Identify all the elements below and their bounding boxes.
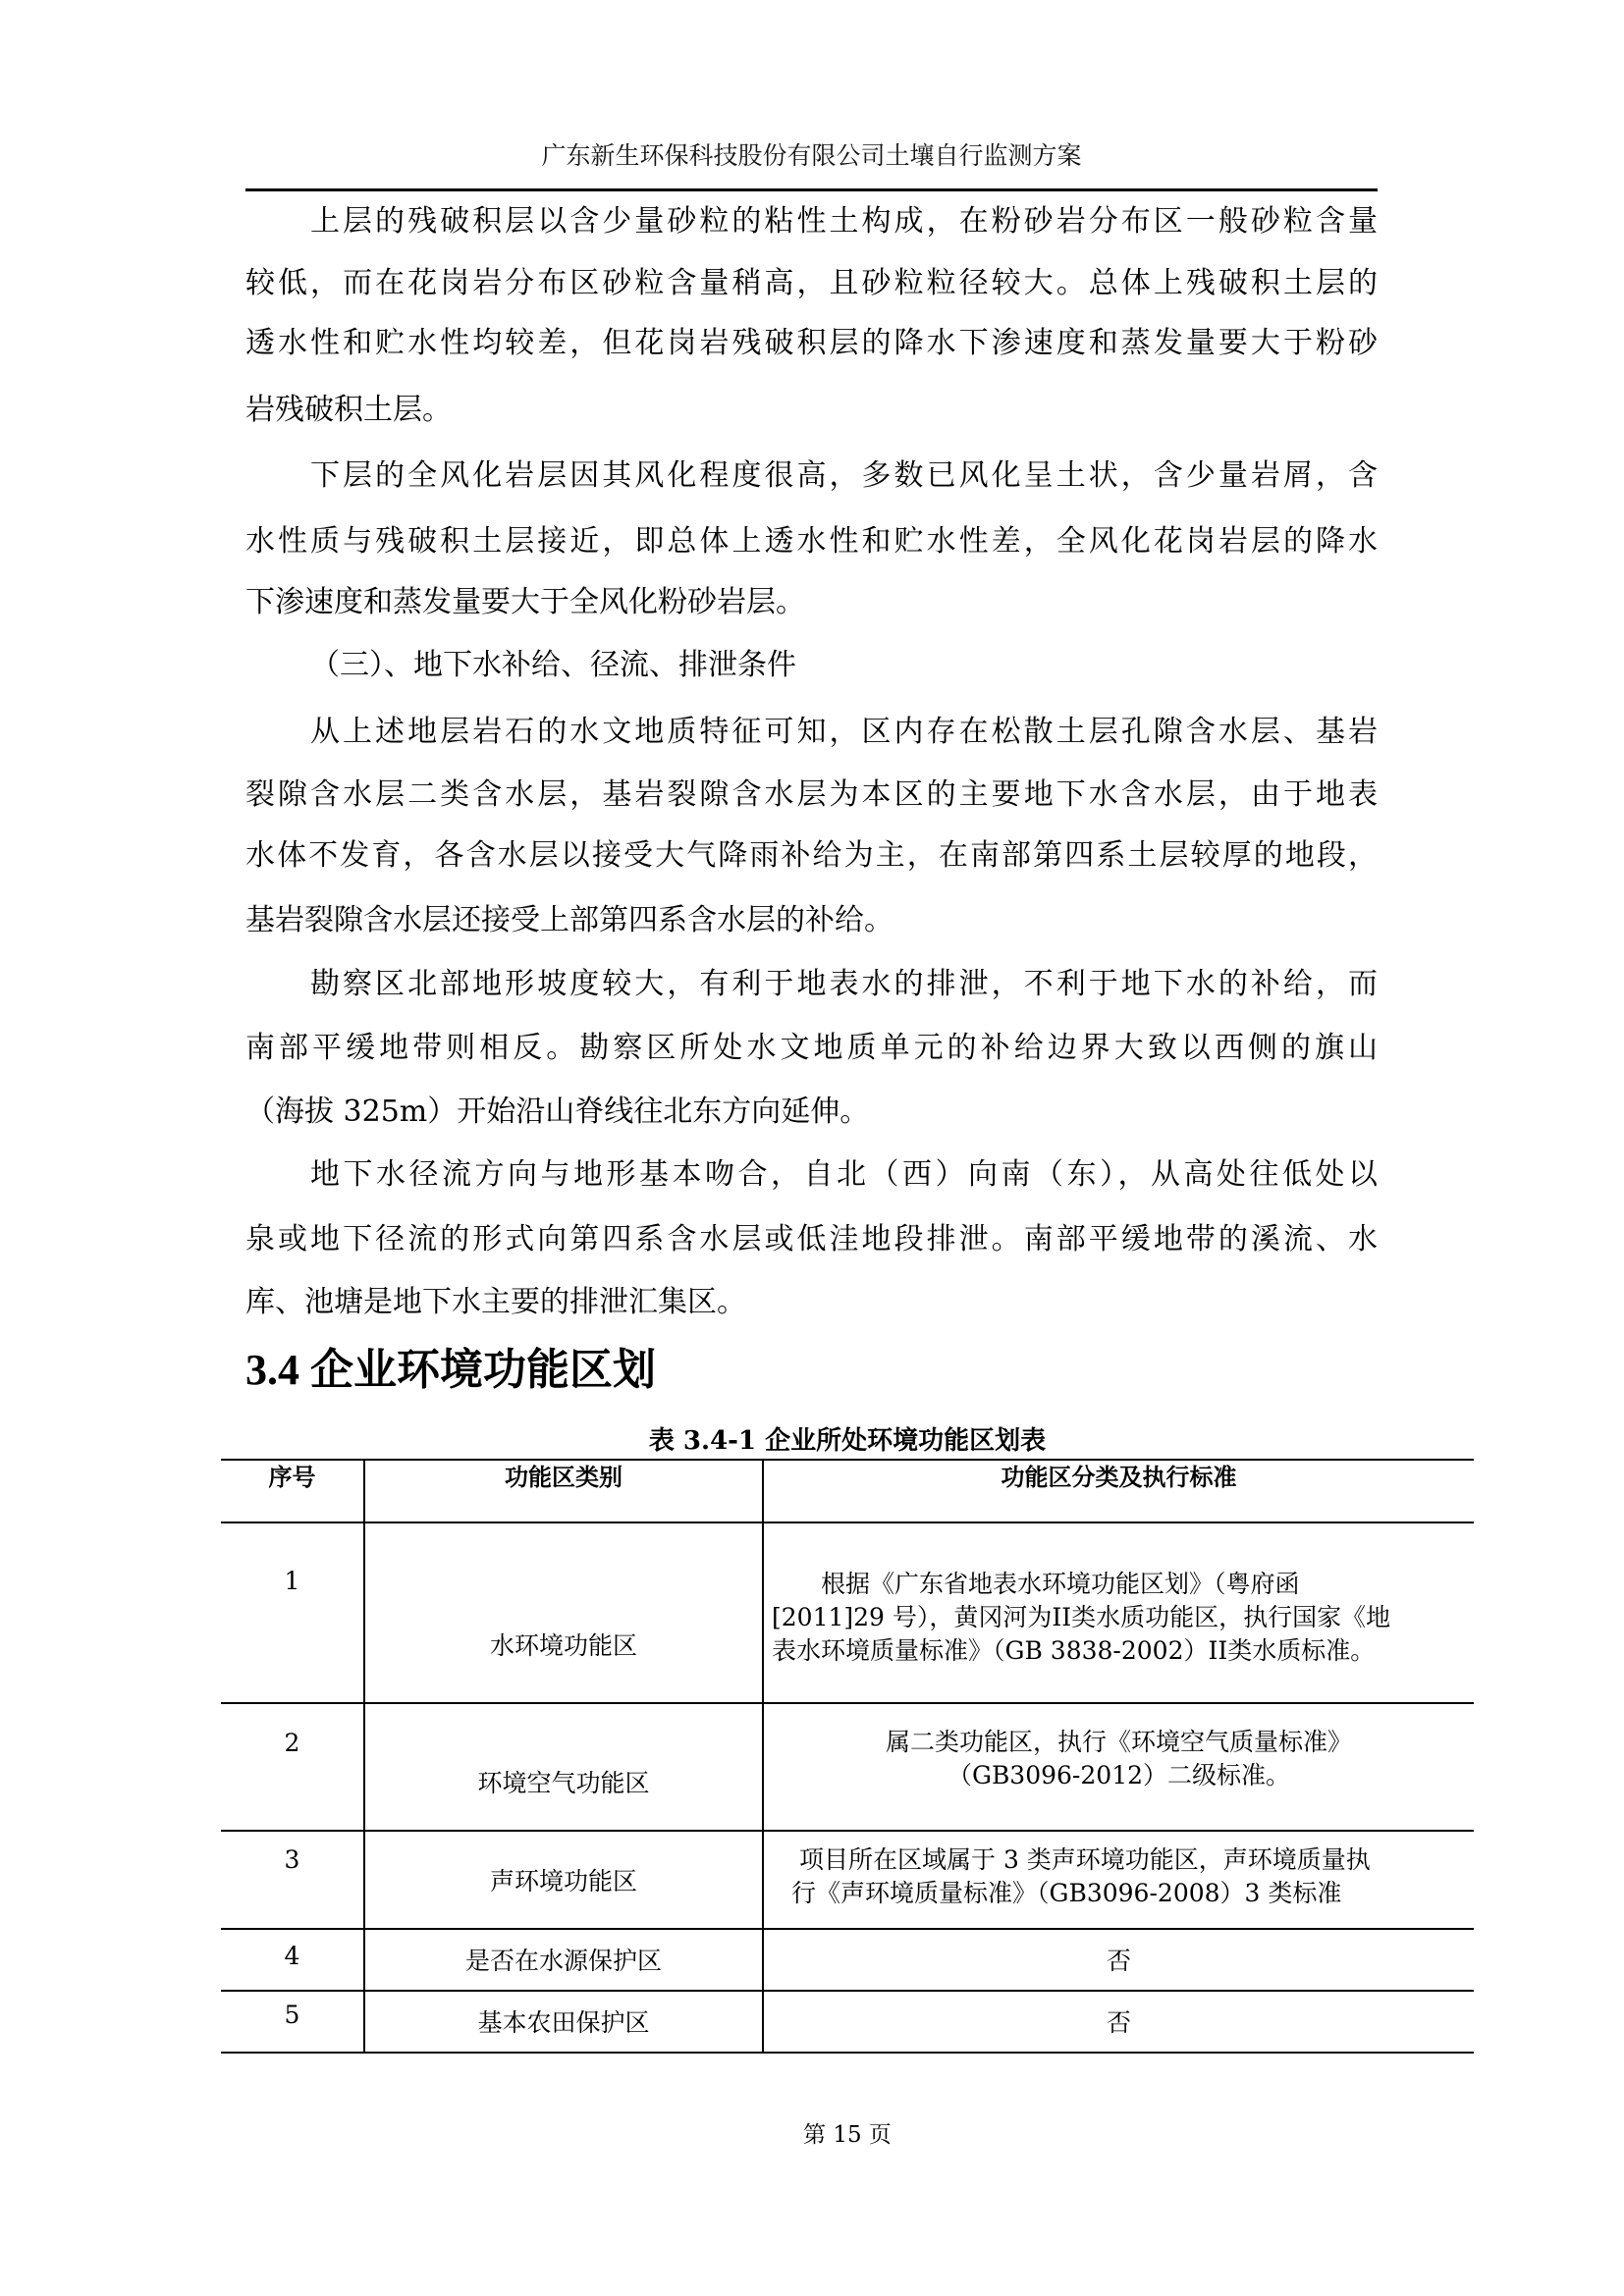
paragraph-4-line-1: 勘察区北部地形坡度较大，有利于地表水的排泄，不利于地下水的补给，而	[310, 965, 1378, 1004]
row-1-standard-line-1: 根据《广东省地表水环境功能区划》（粤府函	[772, 1568, 1482, 1601]
paragraph-1-line-1: 上层的残破积层以含少量砂粒的粘性土构成，在粉砂岩分布区一般砂粒含量	[310, 202, 1378, 241]
row-3-standard: 项目所在区域属于 3 类声环境功能区，声环境质量执 行《声环境质量标准》（GB3…	[764, 1843, 1501, 1910]
paragraph-1-line-2: 较低，而在花岗岩分布区砂粒含量稍高，且砂粒粒径较大。总体上残破积土层的	[245, 264, 1378, 303]
table-row-rule	[221, 1830, 1474, 1832]
page-number: 第 15 页	[221, 2120, 1474, 2150]
row-4-no: 4	[221, 1940, 363, 1973]
paragraph-3-line-4: 基岩裂隙含水层还接受上部第四系含水层的补给。	[245, 901, 1378, 940]
row-3-category: 声环境功能区	[365, 1865, 762, 1898]
table-row-rule	[221, 1928, 1474, 1930]
subsection-heading: （三）、地下水补给、径流、排泄条件	[310, 646, 1194, 685]
paragraph-3-line-1: 从上述地层岩石的水文地质特征可知，区内存在松散土层孔隙含水层、基岩	[310, 713, 1378, 752]
row-2-category: 环境空气功能区	[365, 1767, 762, 1800]
paragraph-5-line-1: 地下水径流方向与地形基本吻合，自北（西）向南（东），从高处往低处以	[310, 1155, 1378, 1195]
table-header-rule	[221, 1522, 1474, 1523]
paragraph-2-line-1: 下层的全风化岩层因其风化程度很高，多数已风化呈土状，含少量岩屑，含	[310, 456, 1378, 496]
paragraph-1-line-3: 透水性和贮水性均较差，但花岗岩残破积层的降水下渗速度和蒸发量要大于粉砂	[245, 324, 1378, 363]
paragraph-1-line-4: 岩残破积土层。	[245, 391, 1378, 430]
table-caption: 表 3.4-1 企业所处环境功能区划表	[221, 1425, 1474, 1457]
paragraph-2-line-3: 下渗速度和蒸发量要大于全风化粉砂岩层。	[245, 583, 1378, 622]
row-1-no: 1	[221, 1565, 363, 1598]
paragraph-5-line-3: 库、池塘是地下水主要的排泄汇集区。	[245, 1283, 1378, 1322]
row-1-category: 水环境功能区	[365, 1629, 762, 1663]
paragraph-3-line-3: 水体不发育，各含水层以接受大气降雨补给为主，在南部第四系土层较厚的地段，	[245, 836, 1378, 876]
row-5-no: 5	[221, 1999, 363, 2032]
row-2-no: 2	[221, 1727, 363, 1760]
row-1-standard-line-2: [2011]29 号），黄冈河为II类水质功能区，执行国家《地	[772, 1601, 1482, 1634]
paragraph-4-line-3: （海拔 325m）开始沿山脊线往北东方向延伸。	[245, 1093, 1378, 1132]
column-header-category: 功能区类别	[365, 1461, 762, 1494]
paragraph-4-line-2: 南部平缓地带则相反。勘察区所处水文地质单元的补给边界大致以西侧的旗山	[245, 1029, 1378, 1068]
row-2-standard-line-2: （GB3096-2012）二级标准。	[764, 1759, 1474, 1792]
row-2-standard: 属二类功能区，执行《环境空气质量标准》 （GB3096-2012）二级标准。	[764, 1726, 1474, 1792]
row-4-category: 是否在水源保护区	[365, 1945, 762, 1978]
paragraph-2-line-2: 水性质与残破积土层接近，即总体上透水性和贮水性差，全风化花岗岩层的降水	[245, 522, 1378, 561]
header-rule	[245, 188, 1378, 191]
paragraph-3-line-2: 裂隙含水层二类含水层，基岩裂隙含水层为本区的主要地下水含水层，由于地表	[245, 775, 1378, 815]
section-heading: 3.4 企业环境功能区划	[245, 1343, 656, 1398]
row-4-standard: 否	[764, 1945, 1474, 1978]
row-3-standard-line-1: 项目所在区域属于 3 类声环境功能区，声环境质量执	[791, 1843, 1501, 1877]
row-3-standard-line-2: 行《声环境质量标准》（GB3096-2008）3 类标准	[791, 1877, 1501, 1910]
row-2-standard-line-1: 属二类功能区，执行《环境空气质量标准》	[764, 1726, 1474, 1759]
table-bottom-rule	[221, 2052, 1474, 2054]
table-row-rule	[221, 1702, 1474, 1704]
row-1-standard-line-3: 表水环境质量标准》（GB 3838-2002）II类水质标准。	[772, 1634, 1482, 1668]
paragraph-5-line-2: 泉或地下径流的形式向第四系含水层或低洼地段排泄。南部平缓地带的溪流、水	[245, 1220, 1378, 1259]
environment-function-table: 序号 功能区类别 功能区分类及执行标准 1 水环境功能区 根据《广东省地表水环境…	[221, 1459, 1474, 2055]
table-row-rule	[221, 1990, 1474, 1992]
column-header-standard: 功能区分类及执行标准	[764, 1461, 1474, 1494]
running-header: 广东新生环保科技股份有限公司土壤自行监测方案	[245, 139, 1378, 173]
row-1-standard: 根据《广东省地表水环境功能区划》（粤府函 [2011]29 号），黄冈河为II类…	[764, 1568, 1482, 1668]
column-header-no: 序号	[221, 1461, 363, 1494]
row-3-no: 3	[221, 1843, 363, 1877]
row-5-category: 基本农田保护区	[365, 2006, 762, 2040]
row-5-standard: 否	[764, 2006, 1474, 2040]
